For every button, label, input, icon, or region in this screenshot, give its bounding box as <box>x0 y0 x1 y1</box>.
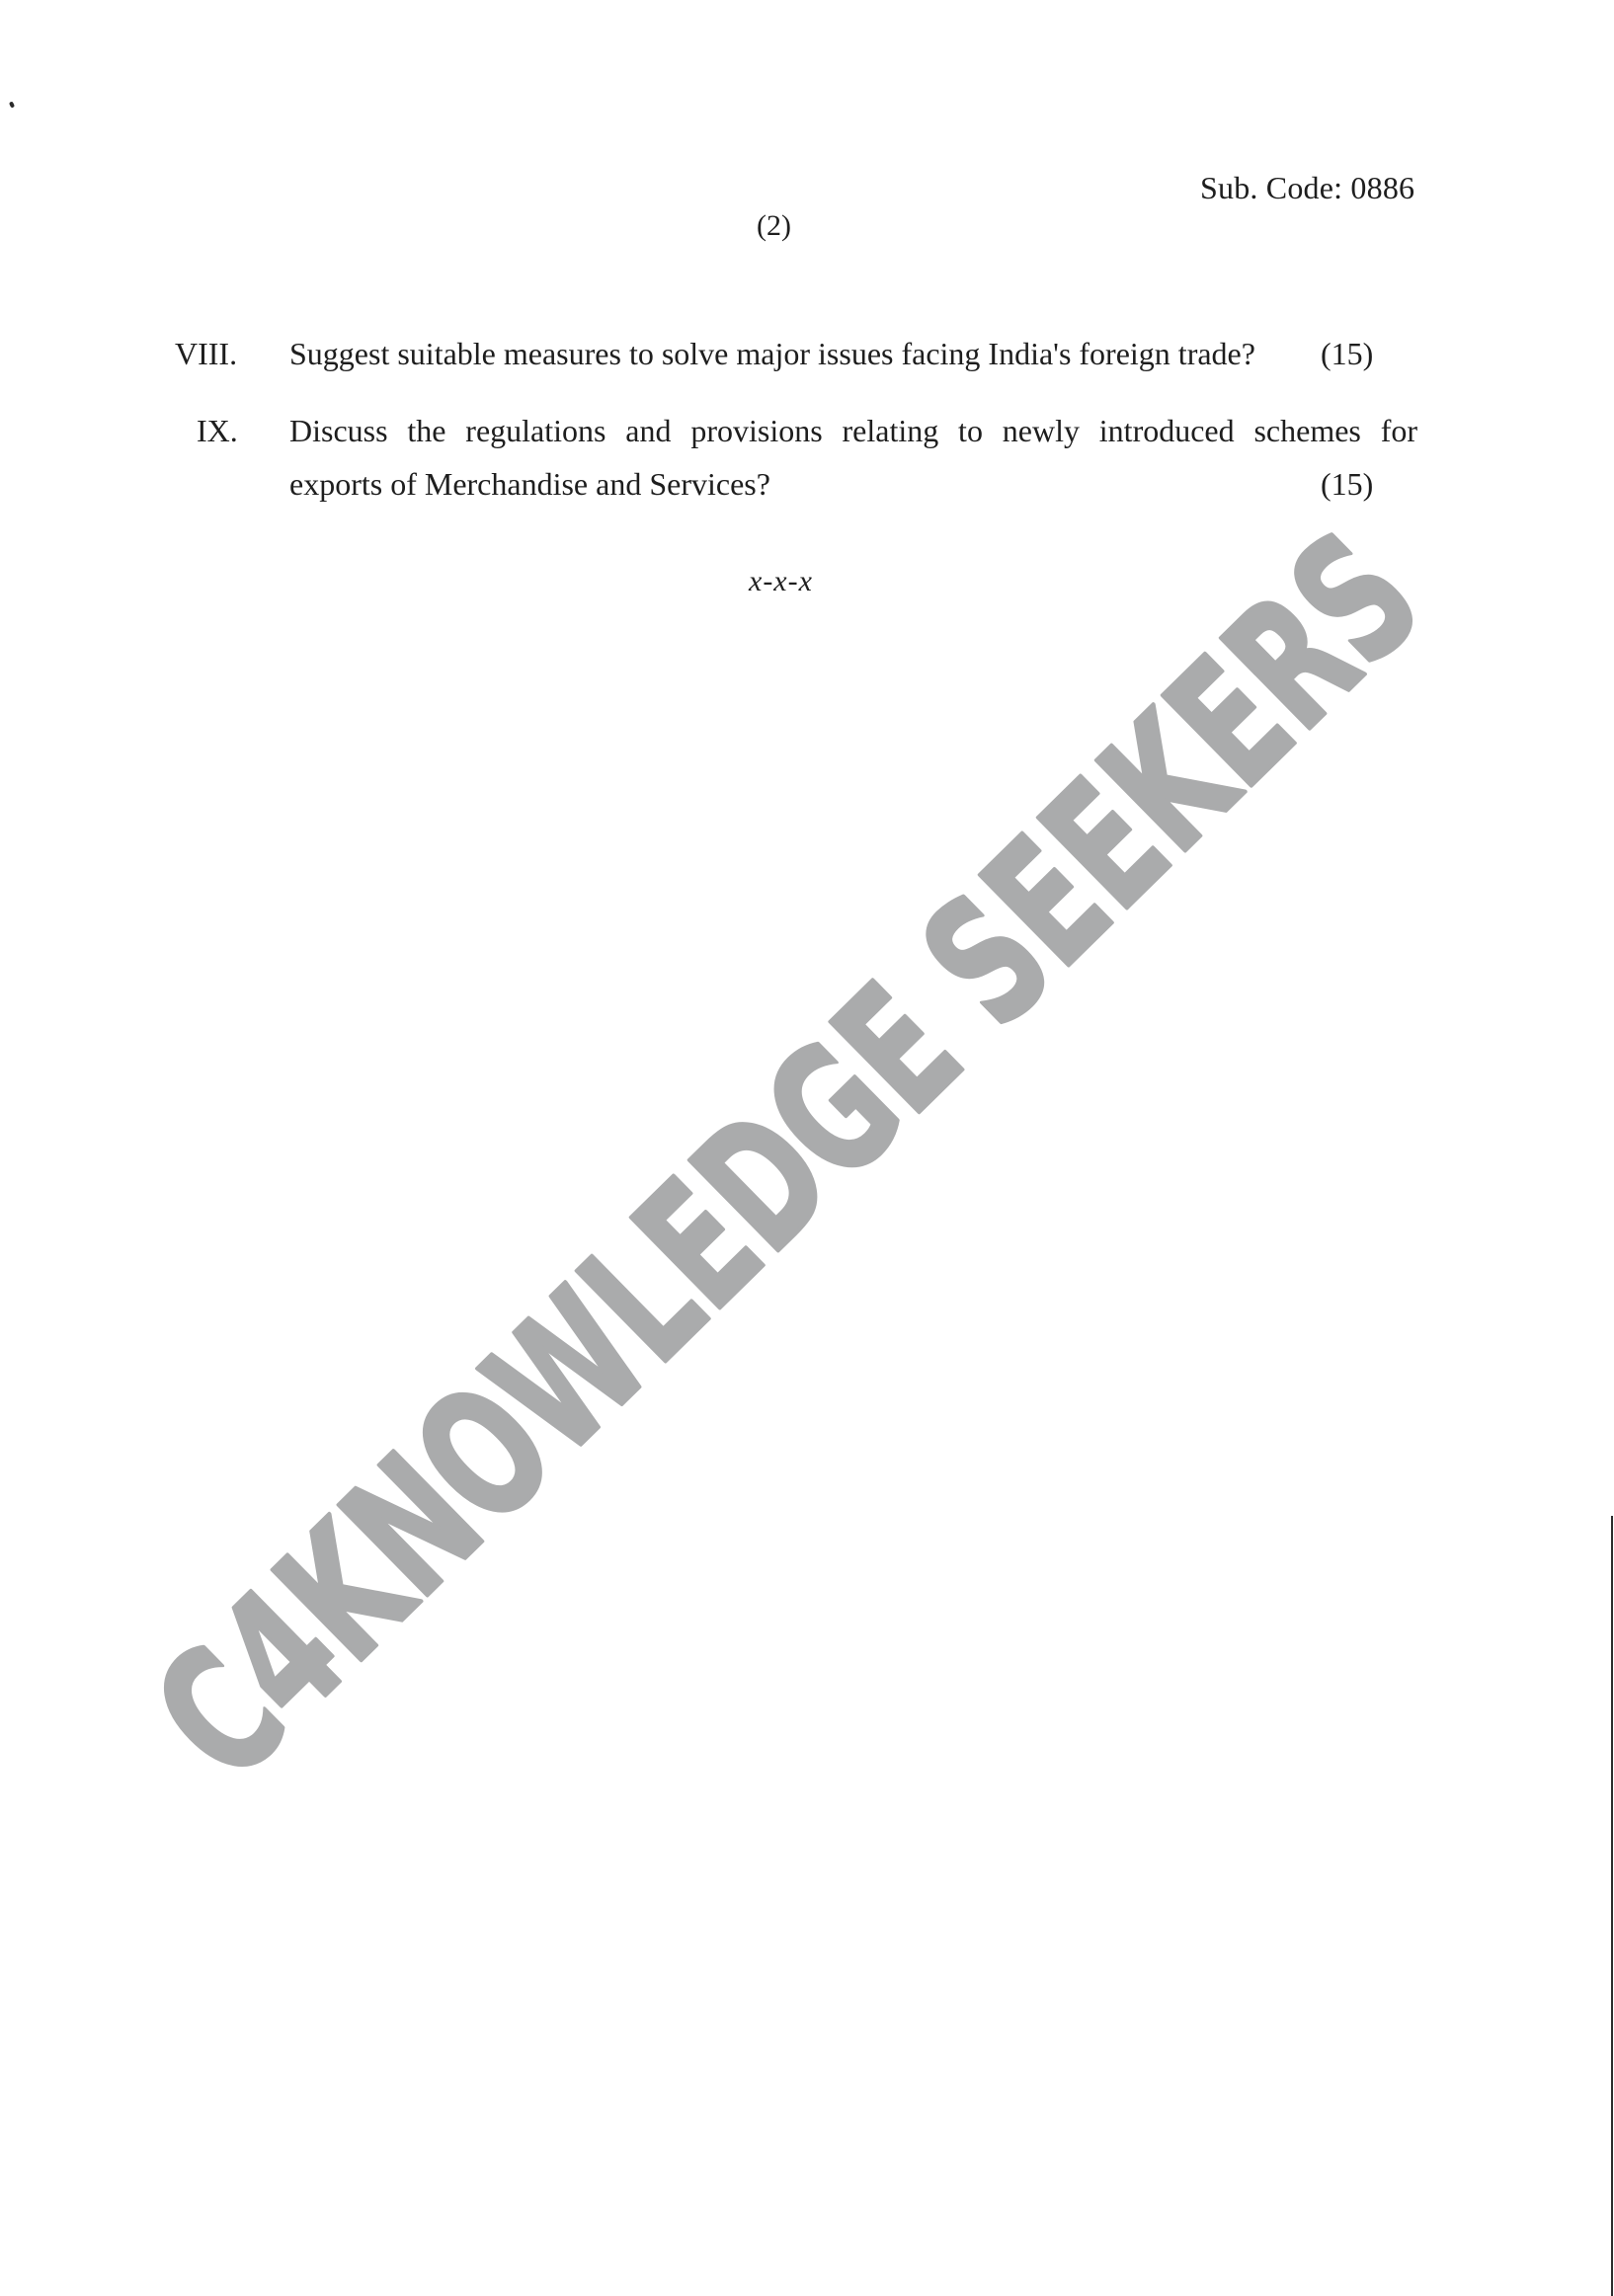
question-text: Suggest suitable measures to solve major… <box>289 336 1255 372</box>
scan-speck <box>9 101 15 108</box>
question-text-line-1: Discuss the regulations and provisions r… <box>289 413 1417 449</box>
question-text-line-2: exports of Merchandise and Services? <box>289 466 770 503</box>
subject-code: Sub. Code: 0886 <box>1200 170 1414 206</box>
watermark-text: C4KNOWLEDGE SEEKERS <box>118 497 1457 1818</box>
page-number: (2) <box>757 209 791 243</box>
exam-page: Sub. Code: 0886 (2) VIII. Suggest suitab… <box>0 0 1614 2296</box>
question-marks: (15) <box>1321 336 1373 372</box>
scan-edge-line <box>1611 1516 1613 2296</box>
question-number: VIII. <box>175 336 237 372</box>
question-number: IX. <box>197 413 238 449</box>
end-marker: x-x-x <box>749 565 813 598</box>
question-marks: (15) <box>1321 466 1373 503</box>
